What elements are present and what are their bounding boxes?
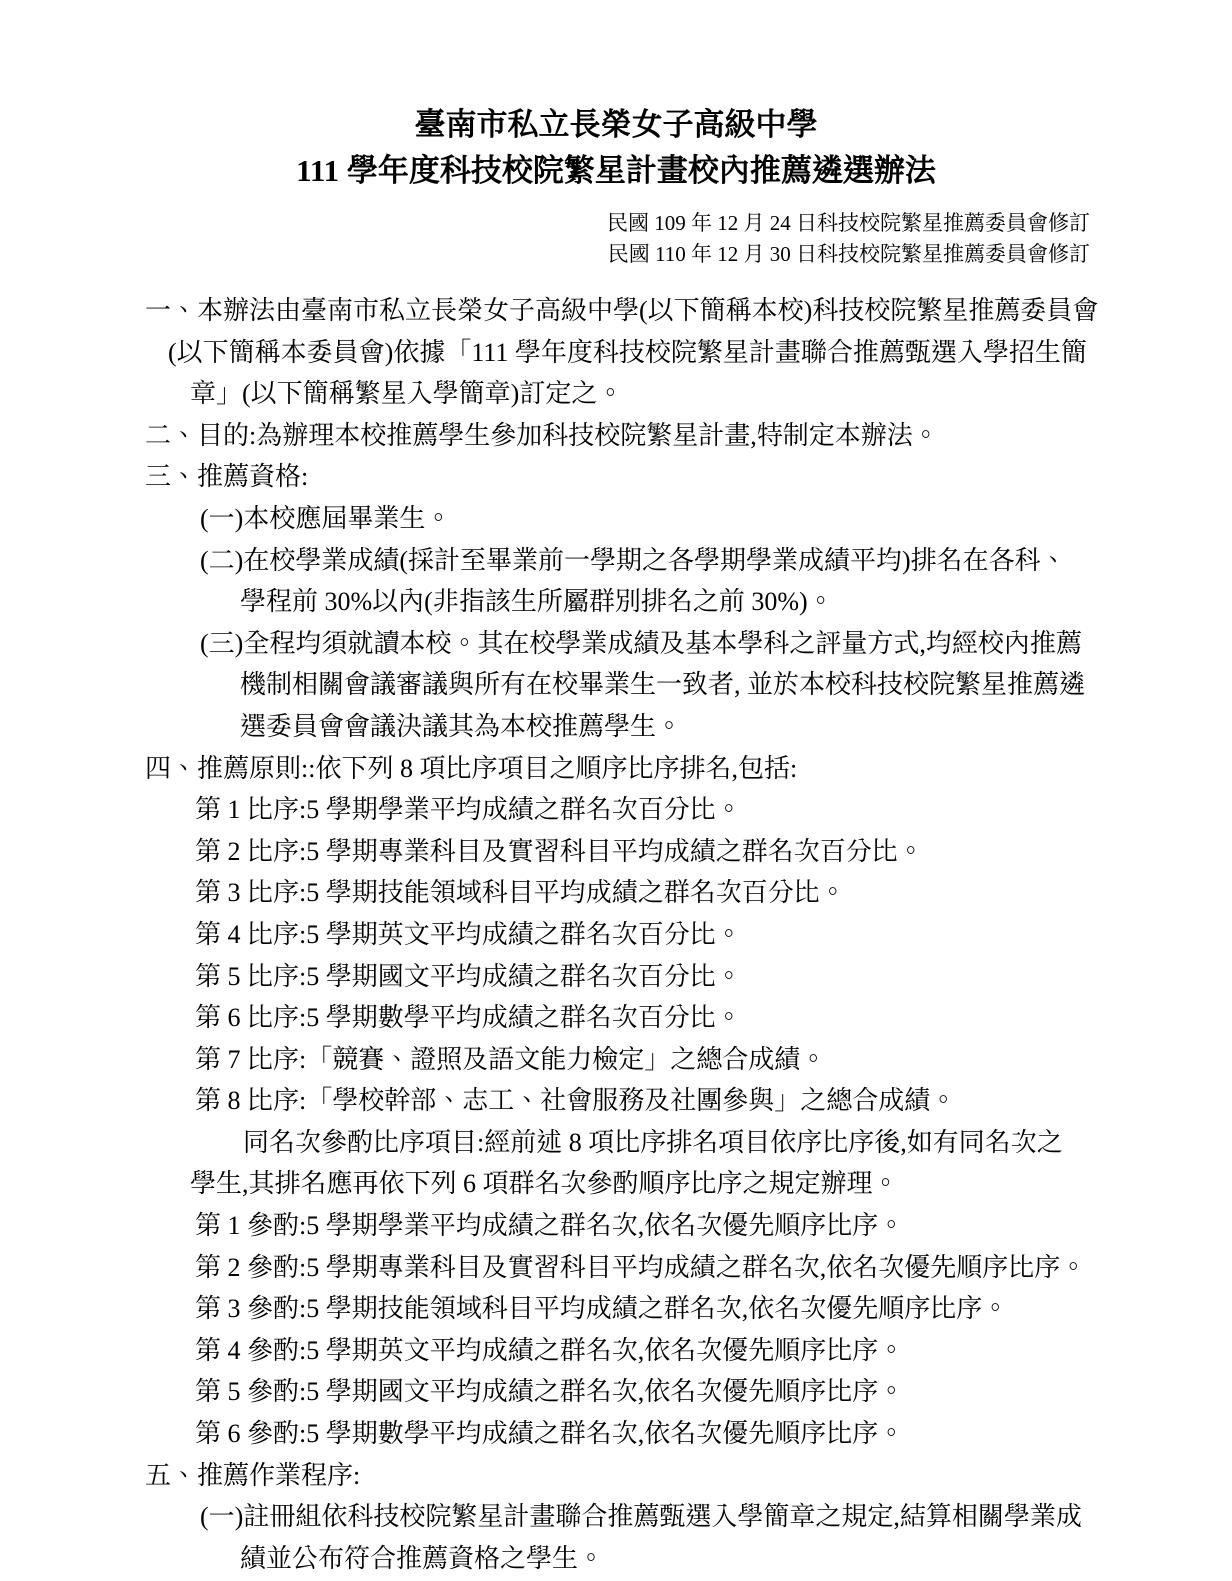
ranking-criterion-3: 第 3 比序:5 學期技能領域科目平均成績之群名次百分比。: [0, 872, 1232, 914]
section-3-item-3-line-1: (三)全程均須就讀本校。其在校學業成績及基本學科之評量方式,均經校內推薦: [0, 623, 1232, 665]
section-5-item-1-line-2: 績並公布符合推薦資格之學生。: [0, 1538, 1232, 1580]
ranking-criterion-1: 第 1 比序:5 學期學業平均成績之群名次百分比。: [0, 789, 1232, 831]
document-page: 臺南市私立長榮女子高級中學 111 學年度科技校院繁星計畫校內推薦遴選辦法 民國…: [0, 0, 1232, 1581]
document-body: 一、本辦法由臺南市私立長榮女子高級中學(以下簡稱本校)科技校院繁星推薦委員會 (…: [0, 290, 1232, 1579]
section-3-item-3-line-2: 機制相關會議審議與所有在校畢業生一致者, 並於本校科技校院繁星推薦遴: [0, 664, 1232, 706]
section-4-heading: 四、推薦原則::依下列 8 項比序項目之順序比序排名,包括:: [0, 748, 1232, 790]
revision-note-1: 民國 109 年 12 月 24 日科技校院繁星推薦委員會修訂: [0, 208, 1090, 239]
section-3-heading: 三、推薦資格:: [0, 456, 1232, 498]
section-5-item-1-line-1: (一)註冊組依科技校院繁星計畫聯合推薦甄選入學簡章之規定,結算相關學業成: [0, 1496, 1232, 1538]
section-3-item-2-line-2: 學程前 30%以內(非指該生所屬群別排名之前 30%)。: [0, 581, 1232, 623]
tiebreak-criterion-4: 第 4 參酌:5 學期英文平均成績之群名次,依名次優先順序比序。: [0, 1330, 1232, 1372]
ranking-criterion-5: 第 5 比序:5 學期國文平均成績之群名次百分比。: [0, 956, 1232, 998]
document-header: 臺南市私立長榮女子高級中學 111 學年度科技校院繁星計畫校內推薦遴選辦法: [0, 0, 1232, 194]
tiebreak-criterion-1: 第 1 參酌:5 學期學業平均成績之群名次,依名次優先順序比序。: [0, 1205, 1232, 1247]
section-5-heading: 五、推薦作業程序:: [0, 1455, 1232, 1497]
ranking-criterion-6: 第 6 比序:5 學期數學平均成績之群名次百分比。: [0, 997, 1232, 1039]
revision-notes: 民國 109 年 12 月 24 日科技校院繁星推薦委員會修訂 民國 110 年…: [0, 208, 1232, 270]
section-3-item-3-line-3: 選委員會會議決議其為本校推薦學生。: [0, 706, 1232, 748]
tiebreak-criterion-5: 第 5 參酌:5 學期國文平均成績之群名次,依名次優先順序比序。: [0, 1371, 1232, 1413]
ranking-criterion-4: 第 4 比序:5 學期英文平均成績之群名次百分比。: [0, 914, 1232, 956]
section-3-item-1: (一)本校應屆畢業生。: [0, 498, 1232, 540]
section-1-line-3: 章」(以下簡稱繁星入學簡章)訂定之。: [0, 373, 1232, 415]
tiebreak-criterion-3: 第 3 參酌:5 學期技能領域科目平均成績之群名次,依名次優先順序比序。: [0, 1288, 1232, 1330]
section-1-line-2: (以下簡稱本委員會)依據「111 學年度科技校院繁星計畫聯合推薦甄選入學招生簡: [0, 332, 1232, 374]
tiebreak-note-line-2: 學生,其排名應再依下列 6 項群名次參酌順序比序之規定辦理。: [0, 1163, 1232, 1205]
section-2-purpose: 二、目的:為辦理本校推薦學生參加科技校院繁星計畫,特制定本辦法。: [0, 415, 1232, 457]
ranking-criterion-8: 第 8 比序:「學校幹部、志工、社會服務及社團參與」之總合成績。: [0, 1080, 1232, 1122]
section-1-line-1: 一、本辦法由臺南市私立長榮女子高級中學(以下簡稱本校)科技校院繁星推薦委員會: [0, 290, 1232, 332]
tiebreak-criterion-2: 第 2 參酌:5 學期專業科目及實習科目平均成績之群名次,依名次優先順序比序。: [0, 1247, 1232, 1289]
ranking-criterion-7: 第 7 比序:「競賽、證照及語文能力檢定」之總合成績。: [0, 1039, 1232, 1081]
tiebreak-criterion-6: 第 6 參酌:5 學期數學平均成績之群名次,依名次優先順序比序。: [0, 1413, 1232, 1455]
revision-note-2: 民國 110 年 12 月 30 日科技校院繁星推薦委員會修訂: [0, 239, 1090, 270]
document-title-regulation: 111 學年度科技校院繁星計畫校內推薦遴選辦法: [0, 148, 1232, 194]
document-title-school: 臺南市私立長榮女子高級中學: [0, 102, 1232, 148]
section-3-item-2-line-1: (二)在校學業成績(採計至畢業前一學期之各學期學業成績平均)排名在各科、: [0, 540, 1232, 582]
ranking-criterion-2: 第 2 比序:5 學期專業科目及實習科目平均成績之群名次百分比。: [0, 831, 1232, 873]
tiebreak-note-line-1: 同名次參酌比序項目:經前述 8 項比序排名項目依序比序後,如有同名次之: [0, 1122, 1232, 1164]
